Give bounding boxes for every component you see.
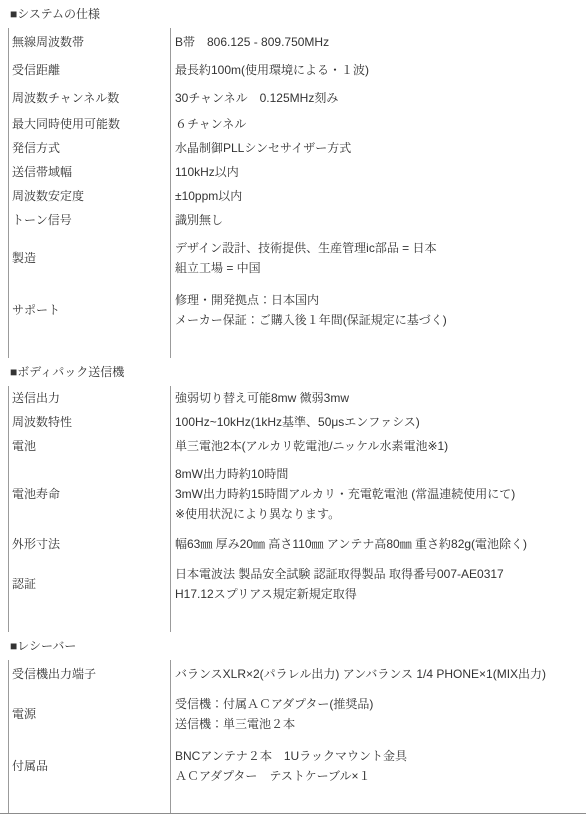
spec-value-line: ＡＣアダプター テストケーブル×１ <box>175 766 586 786</box>
spec-value-line: 110kHz以内 <box>175 162 586 182</box>
spec-value-line: 幅63㎜ 厚み20㎜ 高さ110㎜ アンテナ高80㎜ 重さ約82g(電池除く) <box>175 534 586 554</box>
spec-row-label: サポート <box>9 284 171 358</box>
spec-row: トーン信号 識別無し <box>9 208 586 232</box>
spec-row: 外形寸法 幅63㎜ 厚み20㎜ 高さ110㎜ アンテナ高80㎜ 重さ約82g(電… <box>9 530 586 558</box>
spec-row-label: 最大同時使用可能数 <box>9 112 171 136</box>
spec-row: 付属品 BNCアンテナ２本 1Uラックマウント金具 ＡＣアダプター テストケーブ… <box>9 740 586 814</box>
spec-row-value: 100Hz~10kHz(1kHz基準、50μsエンファシス) <box>171 410 586 434</box>
spec-row: 製造 デザイン設計、技術提供、生産管理ic部品 = 日本 組立工場 = 中国 <box>9 232 586 284</box>
spec-row-value: 水晶制御PLLシンセサイザー方式 <box>171 136 586 160</box>
spec-row: 周波数特性 100Hz~10kHz(1kHz基準、50μsエンファシス) <box>9 410 586 434</box>
spec-row: 最大同時使用可能数 ６チャンネル <box>9 112 586 136</box>
spec-row-value: 強弱切り替え可能8mw 微弱3mw <box>171 386 586 410</box>
spec-value-line: BNCアンテナ２本 1Uラックマウント金具 <box>175 746 586 766</box>
spec-value-line: メーカー保証：ご購入後１年間(保証規定に基づく) <box>175 310 586 330</box>
spec-row-label: 周波数特性 <box>9 410 171 434</box>
spec-row-value: 識別無し <box>171 208 586 232</box>
spec-row: 送信出力 強弱切り替え可能8mw 微弱3mw <box>9 386 586 410</box>
spec-row-value: 幅63㎜ 厚み20㎜ 高さ110㎜ アンテナ高80㎜ 重さ約82g(電池除く) <box>171 530 586 558</box>
spec-row-label: 電池 <box>9 434 171 458</box>
spec-value-line: ※使用状況により異なります。 <box>175 504 586 524</box>
spec-value-line: 送信機：単三電池２本 <box>175 714 586 734</box>
spec-row-value: 修理・開発拠点：日本国内 メーカー保証：ご購入後１年間(保証規定に基づく) <box>171 284 586 358</box>
spec-row-label: 製造 <box>9 232 171 284</box>
spec-row-value: デザイン設計、技術提供、生産管理ic部品 = 日本 組立工場 = 中国 <box>171 232 586 284</box>
spec-row-value: B帯 806.125 - 809.750MHz <box>171 28 586 56</box>
spec-row-value: 単三電池2本(アルカリ乾電池/ニッケル水素電池※1) <box>171 434 586 458</box>
spec-value-line: ±10ppm以内 <box>175 186 586 206</box>
spec-table-bodypack: 送信出力 強弱切り替え可能8mw 微弱3mw 周波数特性 100Hz~10kHz… <box>8 386 586 632</box>
spec-row-label: 送信帯域幅 <box>9 160 171 184</box>
spec-row-value: 8mW出力時約10時間 3mW出力時約15時間アルカリ・充電乾電池 (常温連続使… <box>171 458 586 530</box>
spec-row-value: バランスXLR×2(パラレル出力) アンバランス 1/4 PHONE×1(MIX… <box>171 660 586 688</box>
spec-value-line: 日本電波法 製品安全試験 認証取得製品 取得番号007-AE0317 <box>175 564 586 584</box>
spec-value-line: 3mW出力時約15時間アルカリ・充電乾電池 (常温連続使用にて) <box>175 484 586 504</box>
section-title-system: ■システムの仕様 <box>0 0 586 28</box>
spec-row: 無線周波数帯 B帯 806.125 - 809.750MHz <box>9 28 586 56</box>
section-title-receiver: ■レシーバー <box>0 632 586 660</box>
spec-row-value: 110kHz以内 <box>171 160 586 184</box>
spec-value-line: デザイン設計、技術提供、生産管理ic部品 = 日本 <box>175 238 586 258</box>
spec-row: 電源 受信機：付属ＡＣアダプター(推奨品) 送信機：単三電池２本 <box>9 688 586 740</box>
spec-row-value: ６チャンネル <box>171 112 586 136</box>
spec-value-line: 修理・開発拠点：日本国内 <box>175 290 586 310</box>
spec-value-line: 30チャンネル 0.125MHz刻み <box>175 88 586 108</box>
spec-row: 発信方式 水晶制御PLLシンセサイザー方式 <box>9 136 586 160</box>
spec-value-line: B帯 806.125 - 809.750MHz <box>175 32 586 52</box>
spec-row-label: 電池寿命 <box>9 458 171 530</box>
spec-value-line: 強弱切り替え可能8mw 微弱3mw <box>175 388 586 408</box>
spec-row-value: 30チャンネル 0.125MHz刻み <box>171 84 586 112</box>
spec-value-line: 水晶制御PLLシンセサイザー方式 <box>175 138 586 158</box>
spec-row-label: トーン信号 <box>9 208 171 232</box>
spec-value-line: 単三電池2本(アルカリ乾電池/ニッケル水素電池※1) <box>175 436 586 456</box>
spec-row-label: 周波数安定度 <box>9 184 171 208</box>
spec-row-label: 電源 <box>9 688 171 740</box>
spec-row-label: 外形寸法 <box>9 530 171 558</box>
spec-value-line: ６チャンネル <box>175 114 586 134</box>
spec-value-line: 最長約100m(使用環境による・１波) <box>175 60 586 80</box>
spec-value-line: H17.12スプリアス規定新規定取得 <box>175 584 586 604</box>
spec-row-label: 無線周波数帯 <box>9 28 171 56</box>
spec-row: 電池寿命 8mW出力時約10時間 3mW出力時約15時間アルカリ・充電乾電池 (… <box>9 458 586 530</box>
spec-row: 周波数安定度 ±10ppm以内 <box>9 184 586 208</box>
spec-row-value: 最長約100m(使用環境による・１波) <box>171 56 586 84</box>
spec-sheet: ■システムの仕様 無線周波数帯 B帯 806.125 - 809.750MHz … <box>0 0 586 814</box>
spec-value-line: 受信機：付属ＡＣアダプター(推奨品) <box>175 694 586 714</box>
spec-row: 認証 日本電波法 製品安全試験 認証取得製品 取得番号007-AE0317 H1… <box>9 558 586 632</box>
spec-row-value: BNCアンテナ２本 1Uラックマウント金具 ＡＣアダプター テストケーブル×１ <box>171 740 586 814</box>
spec-row-value: 受信機：付属ＡＣアダプター(推奨品) 送信機：単三電池２本 <box>171 688 586 740</box>
spec-value-line: 8mW出力時約10時間 <box>175 464 586 484</box>
spec-table-system: 無線周波数帯 B帯 806.125 - 809.750MHz 受信距離 最長約1… <box>8 28 586 358</box>
spec-row-value: 日本電波法 製品安全試験 認証取得製品 取得番号007-AE0317 H17.1… <box>171 558 586 632</box>
spec-row-value: ±10ppm以内 <box>171 184 586 208</box>
spec-table-receiver: 受信機出力端子 バランスXLR×2(パラレル出力) アンバランス 1/4 PHO… <box>8 660 586 814</box>
spec-row: 電池 単三電池2本(アルカリ乾電池/ニッケル水素電池※1) <box>9 434 586 458</box>
spec-row-label: 受信機出力端子 <box>9 660 171 688</box>
spec-value-line: 組立工場 = 中国 <box>175 258 586 278</box>
spec-row: 周波数チャンネル数 30チャンネル 0.125MHz刻み <box>9 84 586 112</box>
spec-row: 送信帯域幅 110kHz以内 <box>9 160 586 184</box>
spec-row: サポート 修理・開発拠点：日本国内 メーカー保証：ご購入後１年間(保証規定に基づ… <box>9 284 586 358</box>
spec-row-label: 受信距離 <box>9 56 171 84</box>
spec-row-label: 付属品 <box>9 740 171 814</box>
spec-row-label: 認証 <box>9 558 171 632</box>
spec-value-line: 識別無し <box>175 210 586 230</box>
spec-row-label: 周波数チャンネル数 <box>9 84 171 112</box>
spec-value-line: バランスXLR×2(パラレル出力) アンバランス 1/4 PHONE×1(MIX… <box>175 664 586 684</box>
section-title-bodypack: ■ボディパック送信機 <box>0 358 586 386</box>
spec-row: 受信機出力端子 バランスXLR×2(パラレル出力) アンバランス 1/4 PHO… <box>9 660 586 688</box>
spec-row-label: 送信出力 <box>9 386 171 410</box>
spec-row-label: 発信方式 <box>9 136 171 160</box>
spec-value-line: 100Hz~10kHz(1kHz基準、50μsエンファシス) <box>175 412 586 432</box>
spec-row: 受信距離 最長約100m(使用環境による・１波) <box>9 56 586 84</box>
